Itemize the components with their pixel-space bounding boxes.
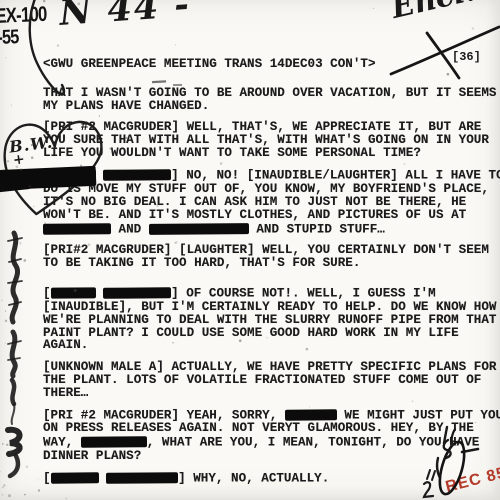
transcript-line: WE'RE PLANNING TO DEAL WITH THE SLURRY R… [43, 314, 500, 327]
transcript-paragraph: [PRI#2 MACGRUDER] [LAUGHTER] WELL, YOU C… [43, 244, 500, 270]
transcript: <GWU GREENPEACE MEETING TRANS 14DEC03 CO… [43, 58, 500, 494]
transcript-line: THERE… [43, 387, 500, 400]
transcript-line: THAT I WASN'T GOING TO BE AROUND OVER VA… [43, 87, 500, 100]
transcript-line: IT'S NO BIG DEAL. I CAN ASK HIM TO JUST … [43, 196, 500, 209]
scanned-document-page: EX-100 -55 N 44 - Encl. [36] B.W. + <GWU… [0, 0, 500, 500]
transcript-paragraph: [ ] WHY, NO, ACTUALLY. [43, 471, 500, 485]
transcript-line: DO IS MOVE MY STUFF OUT OF, YOU KNOW, MY… [43, 183, 500, 196]
redaction-bar [285, 409, 337, 420]
transcript-line: [INAUDIBLE], BUT I'M CERTAINLY READY TO … [43, 301, 500, 314]
transcript-line: ON PRESS RELEASES AGAIN. NOT VERYT GLAMO… [43, 422, 500, 435]
transcript-paragraph: <GWU GREENPEACE MEETING TRANS 14DEC03 CO… [43, 58, 500, 71]
transcript-line: WON'T BE. AND IT'S MOSTLY CLOTHES, AND P… [43, 209, 500, 222]
redaction-bar [51, 472, 99, 483]
transcript-line: [PRI #2 MACGRUDER] YEAH, SORRY, WE MIGHT… [43, 408, 500, 422]
redaction-bar [106, 472, 178, 483]
transcript-line: PAINT PLANT? I COULD USE SOME GOOD HARD … [43, 327, 500, 340]
transcript-line: [ ] WHY, NO, ACTUALLY. [43, 471, 500, 485]
redaction-bar [51, 170, 96, 181]
transcript-line: AND AND STUPID STUFF… [43, 222, 500, 236]
transcript-line: [UNKNOWN MALE A] ACTUALLY, WE HAVE PRETT… [43, 361, 500, 374]
redaction-bar [103, 287, 171, 298]
transcript-paragraph: THAT I WASN'T GOING TO BE AROUND OVER VA… [43, 87, 500, 113]
transcript-paragraph: [PRI #2 MACGRUDER] WELL, THAT'S, WE APPR… [43, 121, 500, 160]
transcript-line: AGAIN. [43, 339, 500, 352]
transcript-line: THE PLANT. LOTS OF VOLATILE FRACTIONATED… [43, 374, 500, 387]
transcript-line: TO BE TAKING IT TOO HARD, THAT'S FOR SUR… [43, 257, 500, 270]
transcript-paragraph: [ ] OF COURSE NOT!. WELL, I GUESS I'M[IN… [43, 286, 500, 352]
transcript-line: [ ] OF COURSE NOT!. WELL, I GUESS I'M [43, 286, 500, 300]
transcript-line: LIFE YOU WOULDN'T WANT TO TAKE SOME PERS… [43, 147, 500, 160]
transcript-paragraph: [ ] NO, NO! [INAUDIBLE/LAUGHTER] ALL I H… [43, 168, 500, 236]
classification-stamp-55: -55 [0, 26, 19, 50]
transcript-line: MY PLANS HAVE CHANGED. [43, 100, 500, 113]
redaction-bar [149, 223, 249, 234]
handwritten-n44: N 44 - [58, 0, 192, 34]
handwritten-encl: Encl. [388, 0, 478, 26]
classification-stamp-ex100: EX-100 [0, 3, 47, 29]
heart-plus-mark: + [12, 151, 26, 168]
redaction-bar [103, 170, 171, 181]
transcript-line: WAY, , WHAT ARE YOU, I MEAN, TONIGHT, DO… [43, 435, 500, 449]
redaction-bar [43, 223, 111, 234]
transcript-line: DINNER PLANS? [43, 450, 500, 463]
transcript-line: [ ] NO, NO! [INAUDIBLE/LAUGHTER] ALL I H… [43, 168, 500, 182]
transcript-paragraph: [PRI #2 MACGRUDER] YEAH, SORRY, WE MIGHT… [43, 408, 500, 463]
redaction-bar [51, 288, 96, 299]
redaction-bar [81, 437, 147, 448]
transcript-paragraph: [UNKNOWN MALE A] ACTUALLY, WE HAVE PRETT… [43, 361, 500, 400]
transcript-line: <GWU GREENPEACE MEETING TRANS 14DEC03 CO… [43, 58, 500, 71]
